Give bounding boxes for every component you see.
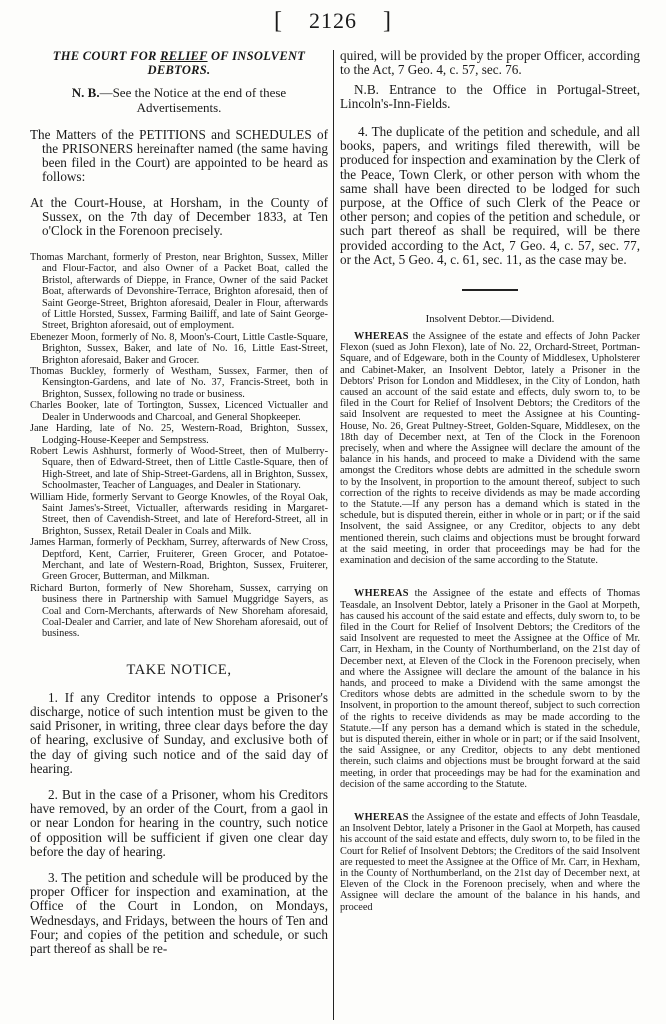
whereas-word: WHEREAS bbox=[354, 331, 409, 342]
prisoner-list: Thomas Marchant, formerly of Preston, ne… bbox=[30, 252, 328, 640]
prisoner-entry: Thomas Marchant, formerly of Preston, ne… bbox=[30, 252, 328, 332]
bracket-right: ] bbox=[383, 8, 392, 35]
dividend-notice-john-teasdale: WHEREAS the Assignee of the estate and e… bbox=[340, 812, 640, 913]
notice-body: the Assignee of the estate and effects o… bbox=[340, 588, 640, 789]
column-divider bbox=[333, 50, 334, 1020]
prisoner-entry: Richard Burton, formerly of New Shoreham… bbox=[30, 583, 328, 640]
take-notice-heading: TAKE NOTICE, bbox=[30, 662, 328, 679]
notice-item-3: 3. The petition and schedule will be pro… bbox=[30, 871, 328, 956]
notice-item-1: 1. If any Creditor intends to oppose a P… bbox=[30, 691, 328, 776]
nb-lead: N. B. bbox=[72, 85, 100, 100]
left-column: THE COURT FOR RELIEF OF INSOLVENT DEBTOR… bbox=[30, 49, 328, 968]
prisoner-entry: James Harman, formerly of Peckham, Surre… bbox=[30, 537, 328, 583]
dividend-heading: Insolvent Debtor.—Dividend. bbox=[340, 313, 640, 325]
section-rule bbox=[462, 289, 518, 291]
page-number-header: [2126] bbox=[0, 8, 666, 35]
prisoner-entry: Ebenezer Moon, formerly of No. 8, Moon's… bbox=[30, 332, 328, 366]
matters-paragraph: The Matters of the PETITIONS and SCHEDUL… bbox=[30, 128, 328, 184]
notice-body: the Assignee of the estate and effects o… bbox=[340, 331, 640, 566]
section-title: THE COURT FOR RELIEF OF INSOLVENT DEBTOR… bbox=[30, 49, 328, 77]
notice-item-2: 2. But in the case of a Prisoner, whom h… bbox=[30, 788, 328, 859]
prisoner-entry: Charles Booker, late of Tortington, Suss… bbox=[30, 400, 328, 423]
whereas-word: WHEREAS bbox=[354, 588, 409, 599]
right-column: quired, will be provided by the proper O… bbox=[340, 49, 640, 935]
notice-item-4: 4. The duplicate of the petition and sch… bbox=[340, 125, 640, 267]
prisoner-entry: Thomas Buckley, formerly of Westham, Sus… bbox=[30, 366, 328, 400]
nb-entrance: N.B. Entrance to the Office in Portugal-… bbox=[340, 83, 640, 111]
page-number: 2126 bbox=[309, 8, 357, 33]
prisoner-entry: Robert Lewis Ashhurst, formerly of Wood-… bbox=[30, 446, 328, 492]
prisoner-entry: William Hide, formerly Servant to George… bbox=[30, 492, 328, 538]
dividend-notice-thomas-teasdale: WHEREAS the Assignee of the estate and e… bbox=[340, 588, 640, 790]
nb-notice: N. B.—See the Notice at the end of these… bbox=[30, 85, 328, 115]
venue-paragraph: At the Court-House, at Horsham, in the C… bbox=[30, 196, 328, 238]
nb-text: —See the Notice at the end of these Adve… bbox=[100, 85, 287, 115]
notice-body: the Assignee of the estate and effects o… bbox=[340, 812, 640, 913]
title-part: THE COURT FOR bbox=[53, 49, 160, 63]
whereas-word: WHEREAS bbox=[354, 812, 409, 823]
title-relief: RELIEF bbox=[160, 49, 207, 63]
dividend-notice-flexon: WHEREAS the Assignee of the estate and e… bbox=[340, 331, 640, 566]
bracket-left: [ bbox=[274, 8, 283, 35]
prisoner-entry: Jane Harding, late of No. 25, Western-Ro… bbox=[30, 423, 328, 446]
notice-3-continuation: quired, will be provided by the proper O… bbox=[340, 49, 640, 77]
